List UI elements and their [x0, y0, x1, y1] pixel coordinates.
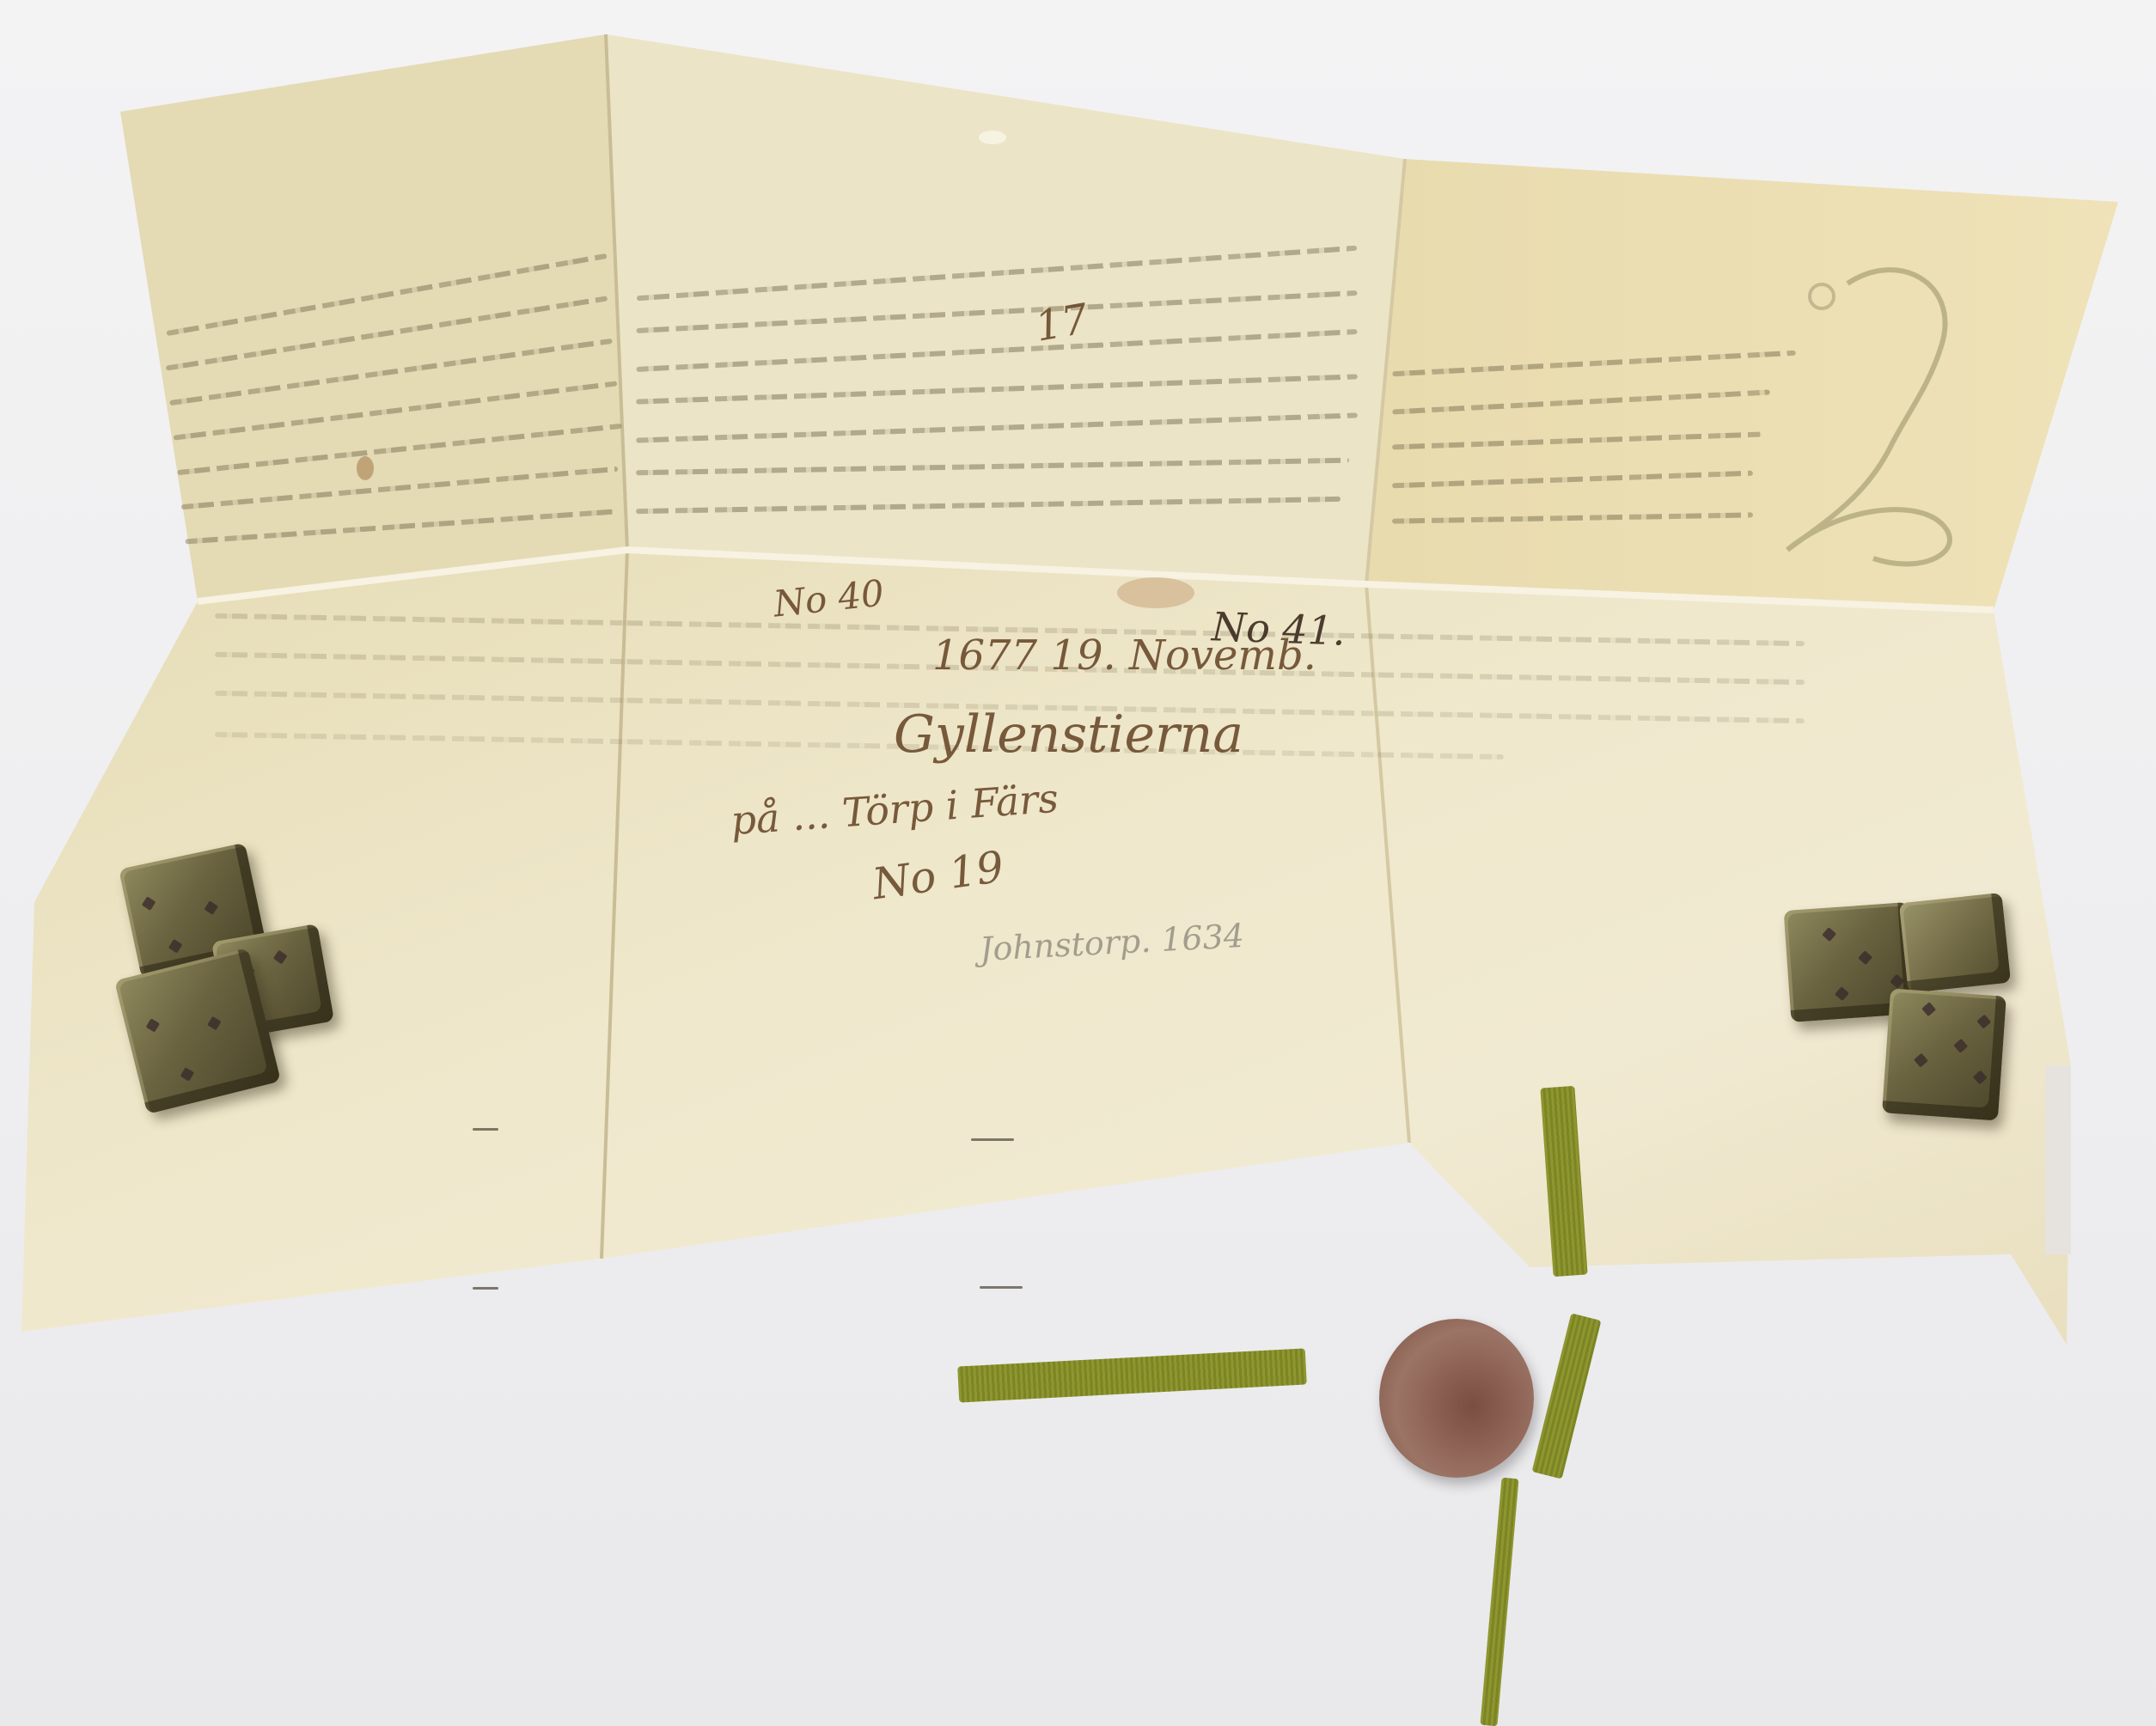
initial-flourish — [1770, 249, 2028, 567]
annotation-date: 1677 19. Novemb. — [932, 631, 1316, 680]
photo-scene: No 40 No 41. 1677 19. Novemb. Gyllenstie… — [0, 0, 2156, 1726]
brass-cube-weight — [1899, 893, 2011, 993]
wax-seal — [1379, 1319, 1534, 1478]
parchment-slit — [473, 1128, 498, 1131]
paper-strip — [2045, 1065, 2071, 1254]
parchment-slit — [971, 1138, 1014, 1141]
brass-cube-weight — [1882, 988, 2006, 1120]
annotation-name: Gyllenstierna — [894, 704, 1243, 765]
annotation-margin-number: 17 — [1032, 295, 1092, 351]
parchment-slit — [473, 1287, 498, 1290]
parchment-slit — [980, 1286, 1023, 1289]
